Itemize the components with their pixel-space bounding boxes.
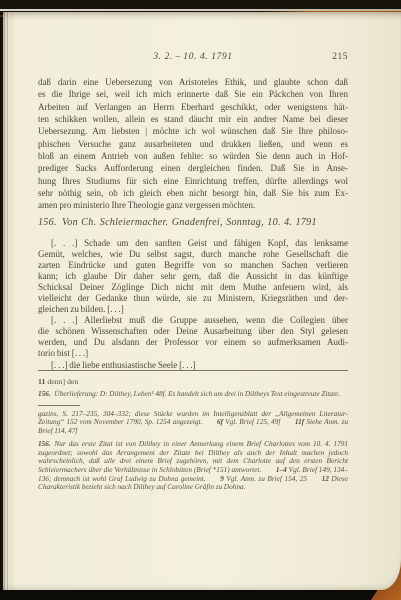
footnote-letter-156: 156. Nur das erste Zitat ist von Dilthey… [38,440,348,492]
apparatus-ueberlieferung: 156. Überlieferung: D: Dilthey, Leben¹ 4… [38,390,348,399]
text-line: hung Ihres Studiums für sich eine Einric… [38,175,348,187]
apparatus-text-segment: 1–4 [261,465,287,474]
line-text: hung Ihres Studiums für sich eine Einric… [38,176,348,186]
text-line: kann; ich glaube Dir daher sehr gern, da… [38,271,348,282]
line-text: zarten Eindrücke und guten Begriffe von … [38,260,348,270]
line-text: prediger Sacks Aufforderung einen dergle… [38,163,348,173]
line-text: daß darin eine Uebersezung von Aristotel… [38,77,348,87]
line-text: vielleicht der Gedanke thun würde, sie z… [38,293,348,303]
text-line: Arbeiten auf Verlangen an Herrn Eberhard… [38,101,348,113]
apparatus-text-segment: 9 [206,474,224,483]
line-text: amen pro ministerio Ihre Theologie ganz … [38,200,255,210]
footnote-continuation: gazins, S. 217–235, 304–332; diese Stück… [38,410,348,436]
line-text: sehr nöthig sein, ob ich gleich eben nic… [38,188,348,198]
text-line: prediger Sacks Aufforderung einen dergle… [38,162,348,174]
apparatus-text-segment: 6f [202,417,223,426]
line-text: Uebersezung. Am liebsten | möchte ich wo… [38,126,348,136]
text-line: es die Ihrige sei, weil ich mich erinner… [38,88,348,100]
apparatus-text-segment: Vgl. Brief 125, 49f [223,417,280,426]
text-line: [. . .] Allerliebst muß die Gruppe ausse… [38,315,348,326]
line-text: Gemüt, welches, wie Du selbst sagst, dur… [38,249,348,259]
text-line: gleichen zu bilden. [. . .] [38,304,348,315]
line-text: die schönen Wissenschaften oder Deine Au… [38,326,348,336]
text-line: zarten Eindrücke und guten Begriffe von … [38,260,348,271]
page-number: 215 [332,52,348,62]
apparatus-text-segment: 11 [38,377,47,386]
text-line: 10phischen Versuche ganz ausarbeiteten u… [38,138,348,150]
text-line: [. . .] die liebe enthusiastische Seele … [38,360,348,371]
letter-155-continuation-text: 5daß darin eine Uebersezung von Aristote… [38,76,348,212]
apparatus-text-segment: denn] den [47,377,78,386]
letter-156-text: [. . .] Schade um den sanften Geist und … [38,238,348,371]
line-text: Schicksal Deiner Zöglinge Dich nicht mit… [38,282,348,292]
text-line: Gemüt, welches, wie Du selbst sagst, dur… [38,249,348,260]
text-line: sehr nöthig sein, ob ich gleich eben nic… [38,187,348,199]
text-line: ten schikken wollen, allein es stand däu… [38,113,348,125]
apparatus-variant-entry: 11 denn] den [38,377,348,386]
line-text: gleichen zu bilden. [. . .] [38,304,124,314]
line-text: es die Ihrige sei, weil ich mich erinner… [38,89,348,99]
line-text: phischen Versuche ganz ausarbeiteten und… [38,139,348,149]
apparatus-text-segment: 156. [38,389,51,398]
apparatus-text-segment: 12 [307,474,329,483]
apparatus-text-segment: 11f [280,417,304,426]
text-line: 5Schicksal Deiner Zöglinge Dich nicht mi… [38,282,348,293]
text-line: torio bist [. . .] [38,348,348,359]
line-text: kann; ich glaube Dir daher sehr gern, da… [38,271,348,281]
text-line: die schönen Wissenschaften oder Deine Au… [38,326,348,337]
running-head: 3. 2. – 10. 4. 1791 215 [38,52,348,64]
text-line: vielleicht der Gedanke thun würde, sie z… [38,293,348,304]
text-line: [. . .] Schade um den sanften Geist und … [38,238,348,249]
line-text: [. . .] die liebe enthusiastische Seele … [38,360,196,370]
apparatus-text-segment: 156. [38,439,51,448]
text-line: bloß an einem Antrieb von außen fehlte: … [38,150,348,162]
book-cover-bottom-edge [0,589,401,600]
line-text: werden, und Du alsdann der Professor vor… [38,337,348,347]
page-stack-edge [0,9,401,11]
text-line: Uebersezung. Am liebsten | möchte ich wo… [38,125,348,137]
line-text: ten schikken wollen, allein es stand däu… [38,114,348,124]
letter-156-heading: 156. Von Ch. Schleiermacher. Gnadenfrei,… [38,217,348,228]
line-text: Arbeiten auf Verlangen an Herrn Eberhard… [38,102,348,112]
apparatus-rule [38,370,348,371]
line-text: [. . .] Allerliebst muß die Gruppe ausse… [38,315,348,325]
text-line: 15amen pro ministerio Ihre Theologie gan… [38,199,348,211]
line-text: bloß an einem Antrieb von außen fehlte: … [38,151,348,161]
line-text: [. . .] Schade um den sanften Geist und … [38,238,348,248]
footnote-continuation-rule [38,405,80,406]
running-head-date: 3. 2. – 10. 4. 1791 [38,52,348,62]
book-photo: 3. 2. – 10. 4. 1791 215 5daß darin eine … [0,0,401,600]
apparatus-text-segment: Überlieferung: D: Dilthey, Leben¹ 48f. E… [51,389,340,398]
critical-apparatus: 11 denn] den 156. Überlieferung: D: Dilt… [38,370,348,492]
text-line: 10werden, und Du alsdann der Professor v… [38,337,348,348]
book-page: 3. 2. – 10. 4. 1791 215 5daß darin eine … [3,12,401,590]
apparatus-text-segment: Vgl. Anm. zu Brief 154, 25 [224,474,307,483]
line-text: torio bist [. . .] [38,348,88,358]
text-line: 5daß darin eine Uebersezung von Aristote… [38,76,348,88]
